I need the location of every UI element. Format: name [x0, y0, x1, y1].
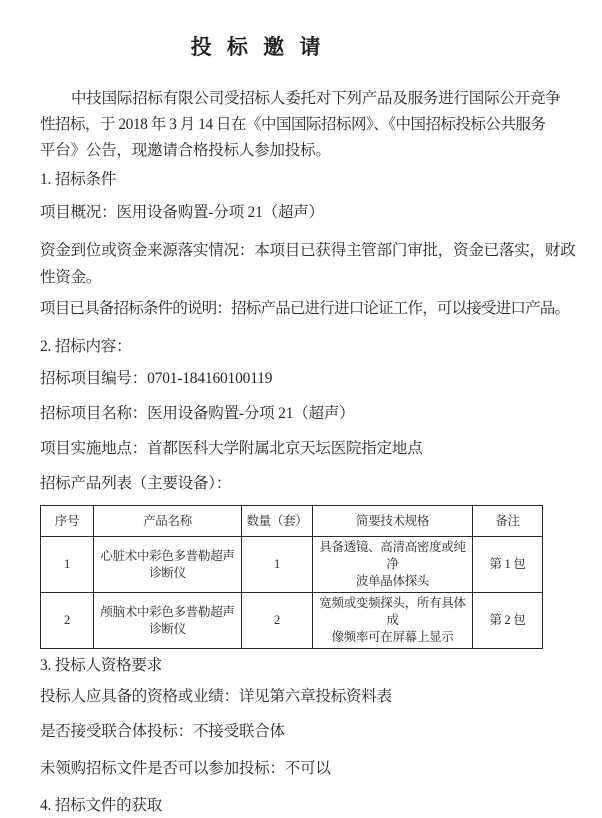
header-spec: 简要技术规格 [313, 506, 473, 537]
project-number: 招标项目编号：0701-184160100119 [40, 369, 568, 389]
table-row: 2 颅脑术中彩色多普勒超声 诊断仪 2 宽频或变频探头，所有具体成 像频率可在屏… [41, 593, 543, 649]
document-page: 投 标 邀 请 中技国际招标有限公司受招标人委托对下列产品及服务进行国际公开竞争… [0, 0, 602, 818]
cell-quantity: 2 [242, 593, 313, 649]
cell-spec: 具备透镜、高清高密度或纯净 波单晶体探头 [313, 537, 473, 593]
purchase-requirement: 未领购招标文件是否可以参加投标：不可以 [40, 759, 568, 779]
table-row: 1 心脏术中彩色多普勒超声 诊断仪 1 具备透镜、高清高密度或纯净 波单晶体探头… [41, 537, 543, 593]
product-table: 序号 产品名称 数量（套） 简要技术规格 备注 1 心脏术中彩色多普勒超声 诊断… [40, 505, 543, 649]
document-title: 投 标 邀 请 [0, 34, 522, 60]
intro-paragraph: 中技国际招标有限公司受招标人委托对下列产品及服务进行国际公开竞争 性招标，于 2… [40, 86, 568, 164]
header-quantity: 数量（套） [242, 506, 313, 537]
section-3-heading: 3. 投标人资格要求 [40, 656, 568, 676]
project-location: 项目实施地点：首都医科大学附属北京天坛医院指定地点 [40, 439, 568, 459]
intro-line-2: 性招标，于 2018 年 3 月 14 日在《中国国际招标网》、《中国招标投标公… [40, 112, 568, 138]
cell-product-name: 心脏术中彩色多普勒超声 诊断仪 [94, 537, 242, 593]
table-header-row: 序号 产品名称 数量（套） 简要技术规格 备注 [41, 506, 543, 537]
funding-paragraph: 资金到位或资金来源落实情况：本项目已获得主管部门审批，资金已落实，财政 性资金。 [40, 237, 568, 291]
cell-quantity: 1 [242, 537, 313, 593]
header-note: 备注 [473, 506, 543, 537]
header-serial: 序号 [41, 506, 94, 537]
cell-product-name: 颅脑术中彩色多普勒超声 诊断仪 [94, 593, 242, 649]
project-name: 招标项目名称：医用设备购置-分项 21（超声） [40, 404, 568, 424]
document-body: 投 标 邀 请 中技国际招标有限公司受招标人委托对下列产品及服务进行国际公开竞争… [40, 34, 568, 816]
intro-line-3: 平台》公告，现邀请合格投标人参加投标。 [40, 138, 568, 164]
cell-serial: 1 [41, 537, 94, 593]
cell-note: 第 1 包 [473, 537, 543, 593]
project-overview: 项目概况：医用设备购置-分项 21（超声） [40, 203, 568, 223]
section-1-heading: 1. 招标条件 [40, 170, 568, 190]
intro-line-1: 中技国际招标有限公司受招标人委托对下列产品及服务进行国际公开竞争 [40, 86, 568, 112]
consortium-policy: 是否接受联合体投标：不接受联合体 [40, 722, 568, 742]
header-product-name: 产品名称 [94, 506, 242, 537]
cell-serial: 2 [41, 593, 94, 649]
funding-line-2: 性资金。 [40, 264, 568, 291]
section-2-heading: 2. 招标内容： [40, 337, 568, 357]
cell-note: 第 2 包 [473, 593, 543, 649]
funding-line-1: 资金到位或资金来源落实情况：本项目已获得主管部门审批，资金已落实，财政 [40, 237, 568, 264]
qualification-requirement: 投标人应具备的资格或业绩：详见第六章投标资料表 [40, 687, 568, 707]
cell-spec: 宽频或变频探头，所有具体成 像频率可在屏幕上显示 [313, 593, 473, 649]
section-4-heading: 4. 招标文件的获取 [40, 796, 568, 816]
bid-conditions-statement: 项目已具备招标条件的说明：招标产品已进行进口论证工作，可以接受进口产品。 [40, 299, 568, 319]
product-list-label: 招标产品列表（主要设备）： [40, 474, 568, 494]
